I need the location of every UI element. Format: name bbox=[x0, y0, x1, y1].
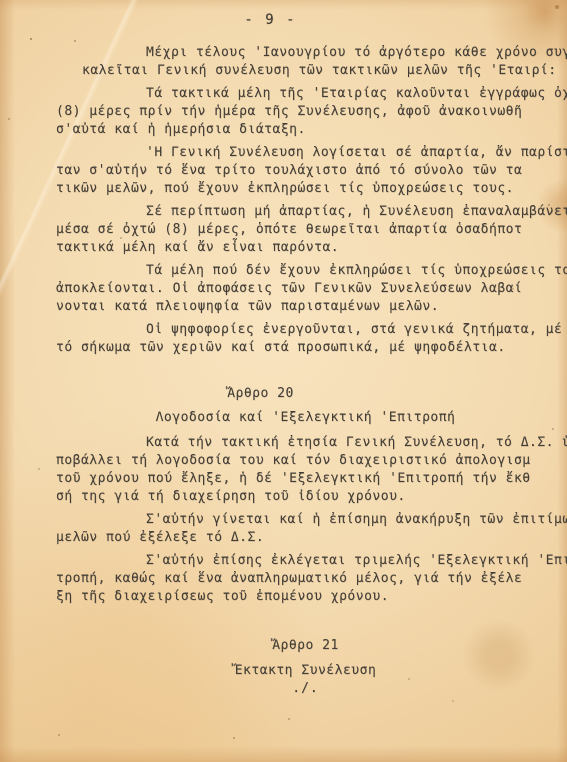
paragraph: Κατά τήν τακτική ἐτησία Γενική Συνέλευση… bbox=[56, 434, 555, 506]
typed-line: Σ'αὐτήν γίνεται καί ἡ ἐπίσημη ἀνακήρυξη … bbox=[56, 511, 555, 529]
typed-line: ταν σ'αὐτήν τό ἕνα τρίτο τουλάχιστο ἀπό … bbox=[56, 162, 555, 180]
paragraph: Τά μέλη πού δέν ἔχουν ἐκπληρώσει τίς ὑπο… bbox=[56, 262, 555, 316]
paragraph: Οἱ ψηφοφορίες ἐνεργοῦνται, στά γενικά ζη… bbox=[56, 321, 555, 357]
article-subheading: Ἔκτακτη Συνέλευση bbox=[56, 662, 555, 680]
typed-line: Μέχρι τέλους 'Ιανουγρίου τό ἀργότερο κάθ… bbox=[56, 44, 555, 62]
typed-line: 'Η Γενική Συνέλευση λογίσεται σέ ἀπαρτία… bbox=[56, 144, 555, 162]
typed-line: τικῶν μελῶν, πού ἔχουν ἐκπληρώσει τίς ὑπ… bbox=[56, 180, 555, 198]
article-heading: Ἄρθρο 20 bbox=[11, 385, 510, 403]
typed-line: Σ'αὐτήν ἐπίσης ἐκλέγεται τριμελής 'Εξελε… bbox=[56, 552, 555, 570]
paragraph: Τά τακτικά μέλη τῆς 'Εταιρίας καλοῦνται … bbox=[56, 85, 555, 139]
paragraph: Σέ περίπτωση μή ἀπαρτίας, ἡ Συνέλευση ἐπ… bbox=[56, 203, 555, 257]
typed-line: μελῶν πού ἐξέλεξε τό Δ.Σ. bbox=[56, 529, 555, 547]
typed-line: ξη τῆς διαχειρίσεως τοῦ ἐπομένου χρόνου. bbox=[56, 588, 555, 606]
article-subheading: Λογοδοσία καί 'Εξελεγκτική 'Επιτροπή bbox=[56, 409, 555, 427]
typed-line: ποβάλλει τή λογοδοσία του καί τόν διαχει… bbox=[56, 452, 555, 470]
typed-line: Οἱ ψηφοφορίες ἐνεργοῦνται, στά γενικά ζη… bbox=[56, 321, 555, 339]
typed-line: ἀποκλείονται. Οἱ ἀποφάσεις τῶν Γενικῶν Σ… bbox=[56, 280, 555, 298]
typed-line: Τά μέλη πού δέν ἔχουν ἐκπληρώσει τίς ὑπο… bbox=[56, 262, 555, 280]
typed-line: σή της γιά τή διαχείρηση τοῦ ἰδίου χρόνο… bbox=[56, 488, 555, 506]
paragraph: Σ'αὐτήν ἐπίσης ἐκλέγεται τριμελής 'Εξελε… bbox=[56, 552, 555, 606]
typed-line: σ'αὐτά καί ἡ ἡμερήσια διάταξη. bbox=[56, 121, 555, 139]
page-number: - 9 - bbox=[0, 12, 554, 28]
typed-line: μέσα σέ ὀχτώ (8) μέρες, ὁπότε θεωρεῖται … bbox=[56, 221, 555, 239]
paper-specks bbox=[0, 0, 2, 2]
article-heading: Ἄρθρο 21 bbox=[56, 637, 555, 655]
scanned-page: - 9 - Μέχρι τέλους 'Ιανουγρίου τό ἀργότε… bbox=[0, 0, 567, 762]
continuation-mark: ./. bbox=[56, 680, 555, 698]
typewritten-text-block: Μέχρι τέλους 'Ιανουγρίου τό ἀργότερο κάθ… bbox=[56, 44, 555, 698]
typed-line: τοῦ χρόνου πού ἔληξε, ἡ δέ 'Εξελεγκτική … bbox=[56, 470, 555, 488]
article-21-section: Ἄρθρο 21 Ἔκτακτη Συνέλευση ./. bbox=[56, 637, 555, 698]
typed-line: νονται κατά πλειοψηφία τῶν παρισταμένων … bbox=[56, 298, 555, 316]
article-20-section: Ἄρθρο 20 Λογοδοσία καί 'Εξελεγκτική 'Επι… bbox=[56, 385, 555, 606]
typed-line: Κατά τήν τακτική ἐτησία Γενική Συνέλευση… bbox=[56, 434, 555, 452]
paragraph: Μέχρι τέλους 'Ιανουγρίου τό ἀργότερο κάθ… bbox=[56, 44, 555, 80]
typed-line: Τά τακτικά μέλη τῆς 'Εταιρίας καλοῦνται … bbox=[56, 85, 555, 103]
typed-line: τακτικά μέλη καί ἄν εἶναι παρόντα. bbox=[56, 239, 555, 257]
typed-line: καλεῖται Γενική συνέλευση τῶν τακτικῶν μ… bbox=[56, 62, 555, 80]
typed-line: Σέ περίπτωση μή ἀπαρτίας, ἡ Συνέλευση ἐπ… bbox=[56, 203, 555, 221]
paragraph: Σ'αὐτήν γίνεται καί ἡ ἐπίσημη ἀνακήρυξη … bbox=[56, 511, 555, 547]
typed-line: τροπή, καθώς καί ἕνα ἀναπληρωματικό μέλο… bbox=[56, 570, 555, 588]
paragraph: 'Η Γενική Συνέλευση λογίσεται σέ ἀπαρτία… bbox=[56, 144, 555, 198]
typed-line: (8) μέρες πρίν τήν ἡμέρα τῆς Συνέλευσης,… bbox=[56, 103, 555, 121]
typed-line: τό σήκωμα τῶν χεριῶν καί στά προσωπικά, … bbox=[56, 339, 555, 357]
